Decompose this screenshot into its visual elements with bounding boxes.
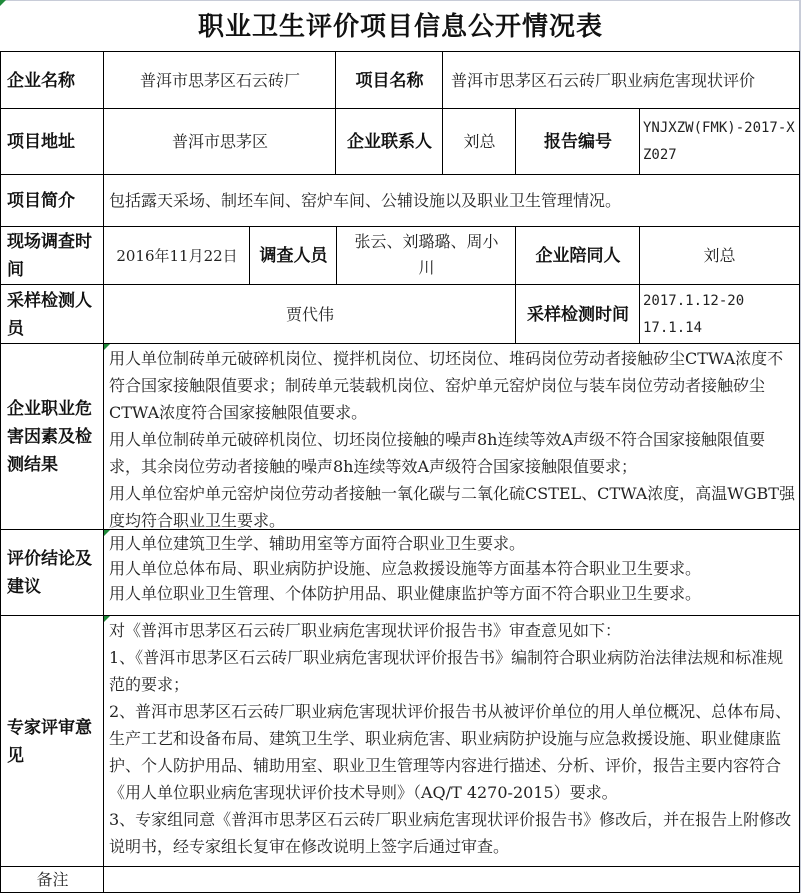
hazard-label: 企业职业危害因素及检测结果 <box>7 395 102 479</box>
page-title: 职业卫生评价项目信息公开情况表 <box>0 4 801 50</box>
report-number-value: YNJXZW(FMK)-2017-XZ027 <box>643 115 795 169</box>
project-intro-label-cell[interactable]: 项目简介 <box>0 174 104 227</box>
escort-value-cell[interactable]: 刘总 <box>639 226 800 285</box>
surveyors-value: 张云、刘璐璐、周小川 <box>347 229 506 281</box>
contact-label-cell[interactable]: 企业联系人 <box>335 108 443 175</box>
company-name-value: 普洱市思茅区石云砖厂 <box>140 69 300 93</box>
contact-label: 企业联系人 <box>347 130 432 154</box>
escort-label: 企业陪同人 <box>536 244 621 268</box>
conclusion-paragraph-2: 用人单位总体布局、职业病防护设施、应急救援设施等方面基本符合职业卫生要求。 <box>109 556 701 581</box>
company-name-label: 企业名称 <box>7 69 75 93</box>
survey-time-value: 2016年11月22日 <box>116 244 237 268</box>
sampler-value-cell[interactable]: 贾代伟 <box>103 284 516 344</box>
expert-opinion-label: 专家评审意见 <box>7 714 102 770</box>
sample-time-value-cell[interactable]: 2017.1.12-2017.1.14 <box>639 284 800 344</box>
hazard-paragraph-2: 用人单位制砖单元破碎机岗位、切坯岗位接触的噪声8h连续等效A声级不符合国家接触限… <box>109 426 795 480</box>
remarks-label: 备注 <box>36 868 68 892</box>
cell-indicator-icon <box>104 344 110 350</box>
sampler-value: 贾代伟 <box>286 303 334 327</box>
remarks-value-cell[interactable] <box>103 866 800 893</box>
surveyors-value-cell[interactable]: 张云、刘璐璐、周小川 <box>336 226 516 285</box>
contact-value: 刘总 <box>463 130 495 154</box>
contact-value-cell[interactable]: 刘总 <box>442 108 516 175</box>
escort-label-cell[interactable]: 企业陪同人 <box>515 226 640 285</box>
cell-indicator-icon <box>104 616 110 622</box>
sheet-top-edge <box>0 0 801 1</box>
hazard-label-cell[interactable]: 企业职业危害因素及检测结果 <box>0 343 104 530</box>
expert-paragraph-intro: 对《普洱市思茅区石云砖厂职业病危害现状评价报告书》审查意见如下： <box>109 617 795 644</box>
hazard-results-cell[interactable]: 用人单位制砖单元破碎机岗位、搅拌机岗位、切坯岗位、堆码岗位劳动者接触矽尘CTWA… <box>103 343 800 530</box>
hazard-paragraph-3: 用人单位窑炉单元窑炉岗位劳动者接触一氧化碳与二氧化硫CSTEL、CTWA浓度，高… <box>109 480 795 530</box>
project-name-label: 项目名称 <box>356 69 424 93</box>
surveyors-label: 调查人员 <box>260 244 328 268</box>
project-name-label-cell[interactable]: 项目名称 <box>335 51 443 109</box>
expert-paragraph-2: 2、普洱市思茅区石云砖厂职业病危害现状评价报告书从被评价单位的用人单位概况、总体… <box>109 698 795 806</box>
sample-time-label: 采样检测时间 <box>527 303 629 327</box>
expert-paragraph-3: 3、专家组同意《普洱市思茅区石云砖厂职业病危害现状评价报告书》修改后，并在报告上… <box>109 806 795 860</box>
conclusion-label-cell[interactable]: 评价结论及建议 <box>0 529 104 616</box>
expert-opinion-label-cell[interactable]: 专家评审意见 <box>0 615 104 867</box>
report-number-label-cell[interactable]: 报告编号 <box>515 108 640 175</box>
company-name-value-cell[interactable]: 普洱市思茅区石云砖厂 <box>103 51 336 109</box>
conclusion-paragraph-1: 用人单位建筑卫生学、辅助用室等方面符合职业卫生要求。 <box>109 531 701 556</box>
project-intro-value: 包括露天采场、制坯车间、窑炉车间、公辅设施以及职业卫生管理情况。 <box>109 189 621 213</box>
surveyors-label-cell[interactable]: 调查人员 <box>249 226 337 285</box>
expert-paragraph-1: 1、《普洱市思茅区石云砖厂职业病危害现状评价报告书》编制符合职业病防治法律法规和… <box>109 644 795 698</box>
conclusion-cell[interactable]: 用人单位建筑卫生学、辅助用室等方面符合职业卫生要求。 用人单位总体布局、职业病防… <box>103 529 800 616</box>
report-number-value-cell[interactable]: YNJXZW(FMK)-2017-XZ027 <box>639 108 800 175</box>
conclusion-paragraph-3: 用人单位职业卫生管理、个体防护用品、职业健康监护等方面不符合职业卫生要求。 <box>109 581 701 606</box>
conclusion-label: 评价结论及建议 <box>7 545 102 601</box>
report-number-label: 报告编号 <box>544 130 612 154</box>
sampler-label-cell[interactable]: 采样检测人员 <box>0 284 104 344</box>
project-intro-label: 项目简介 <box>7 189 75 213</box>
project-name-value-cell[interactable]: 普洱市思茅区石云砖厂职业病危害现状评价 <box>442 51 800 109</box>
remarks-label-cell[interactable]: 备注 <box>0 866 104 893</box>
cell-indicator-icon <box>104 530 110 536</box>
escort-value: 刘总 <box>703 244 735 268</box>
project-address-label: 项目地址 <box>7 130 75 154</box>
project-intro-value-cell[interactable]: 包括露天采场、制坯车间、窑炉车间、公辅设施以及职业卫生管理情况。 <box>103 174 800 227</box>
project-address-label-cell[interactable]: 项目地址 <box>0 108 104 175</box>
survey-time-label-cell[interactable]: 现场调查时间 <box>0 226 104 285</box>
project-address-value: 普洱市思茅区 <box>172 130 268 154</box>
project-name-value: 普洱市思茅区石云砖厂职业病危害现状评价 <box>451 69 755 93</box>
sample-time-label-cell[interactable]: 采样检测时间 <box>515 284 640 344</box>
sample-time-value: 2017.1.12-2017.1.14 <box>643 288 751 342</box>
survey-time-value-cell[interactable]: 2016年11月22日 <box>103 226 250 285</box>
project-address-value-cell[interactable]: 普洱市思茅区 <box>103 108 336 175</box>
survey-time-label: 现场调查时间 <box>7 228 100 284</box>
sampler-label: 采样检测人员 <box>7 287 100 343</box>
company-name-label-cell[interactable]: 企业名称 <box>0 51 104 109</box>
hazard-paragraph-1: 用人单位制砖单元破碎机岗位、搅拌机岗位、切坯岗位、堆码岗位劳动者接触矽尘CTWA… <box>109 345 795 426</box>
expert-opinion-cell[interactable]: 对《普洱市思茅区石云砖厂职业病危害现状评价报告书》审查意见如下： 1、《普洱市思… <box>103 615 800 867</box>
